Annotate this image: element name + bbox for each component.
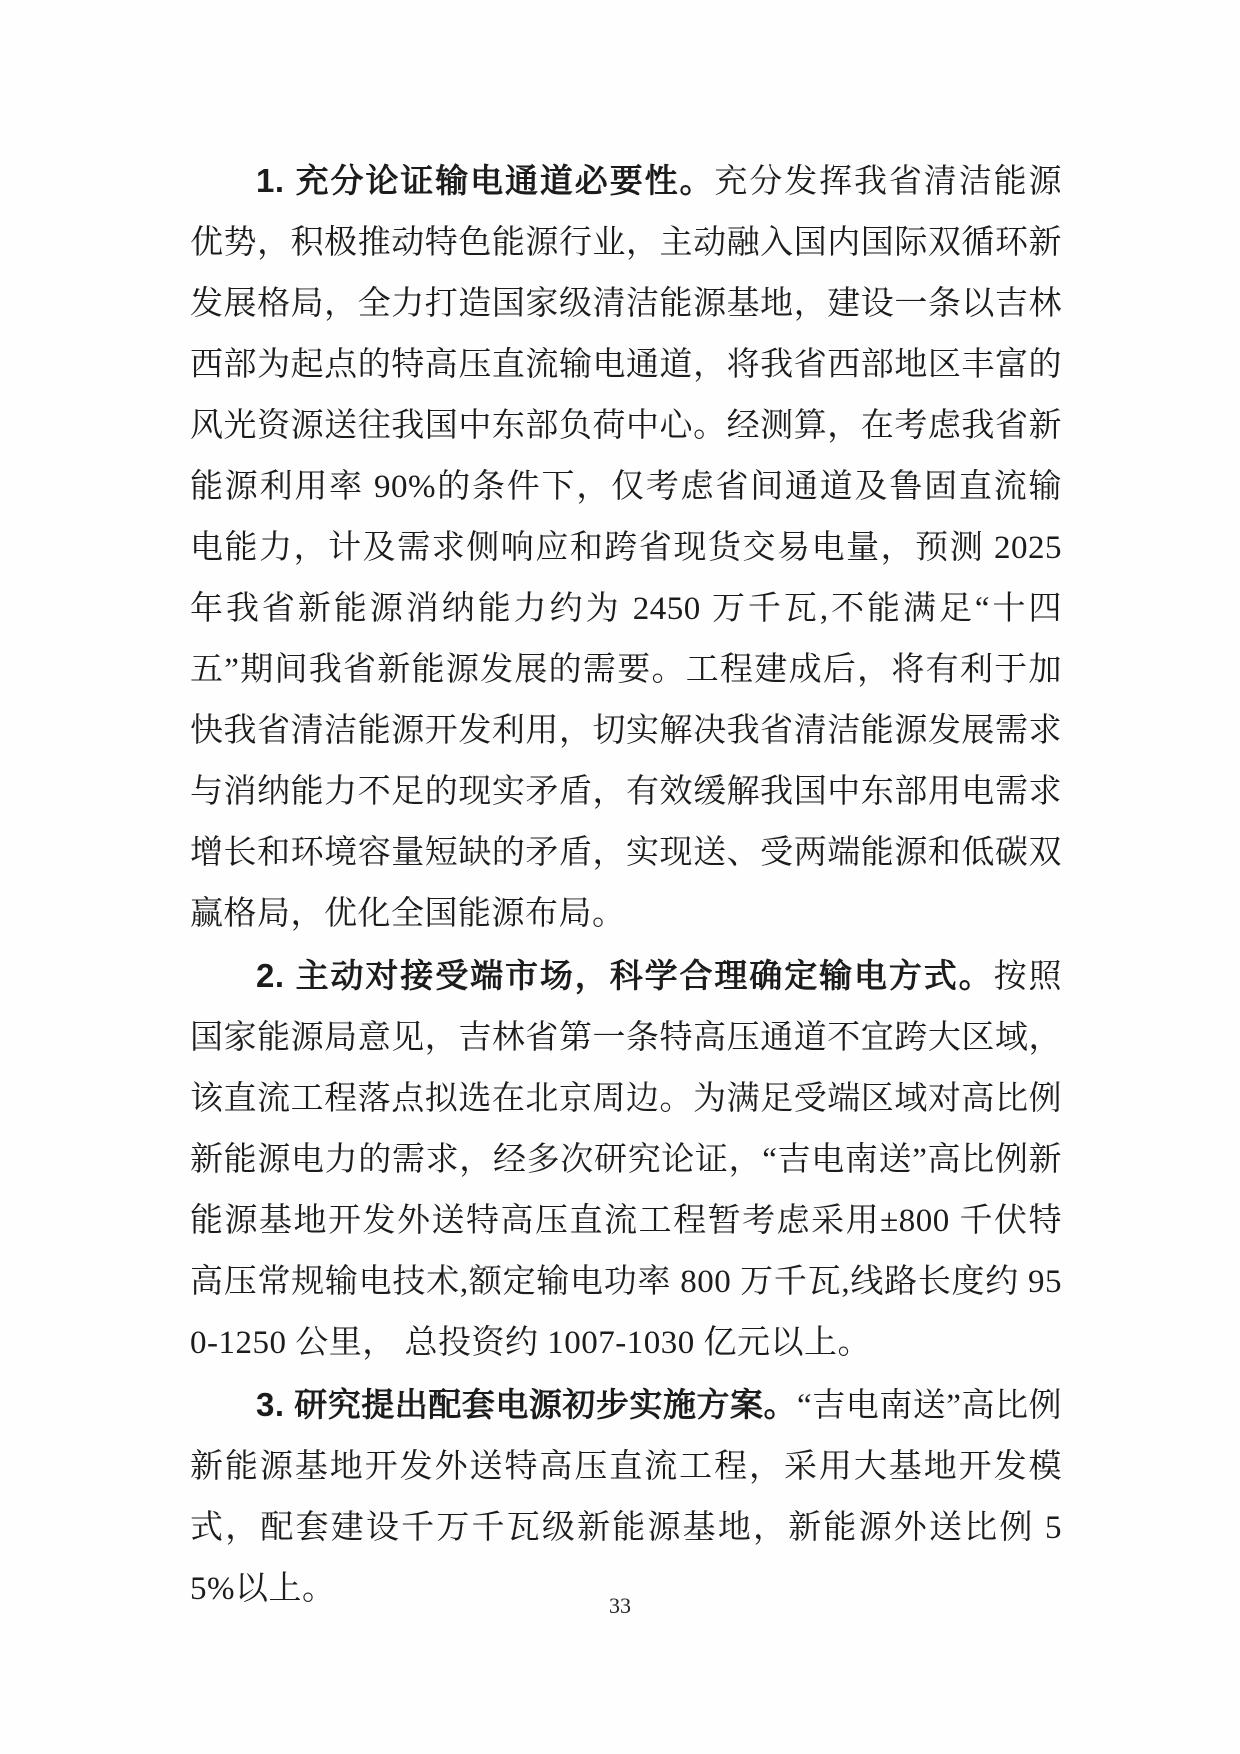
section-2-body: 按照国家能源局意见，吉林省第一条特高压通道不宜跨大区域，该直流工程落点拟选在北京… bbox=[190, 959, 1062, 1361]
section-1-body: 充分发挥我省清洁能源优势，积极推动特色能源行业，主动融入国内国际双循环新发展格局… bbox=[190, 164, 1062, 932]
section-2-heading: 2. 主动对接受端市场，科学合理确定输电方式。 bbox=[256, 957, 994, 994]
paragraph-2: 2. 主动对接受端市场，科学合理确定输电方式。按照国家能源局意见，吉林省第一条特… bbox=[190, 945, 1062, 1374]
document-page: 1. 充分论证输电通道必要性。充分发挥我省清洁能源优势，积极推动特色能源行业，主… bbox=[0, 0, 1240, 1754]
document-body: 1. 充分论证输电通道必要性。充分发挥我省清洁能源优势，积极推动特色能源行业，主… bbox=[190, 150, 1062, 1620]
paragraph-1: 1. 充分论证输电通道必要性。充分发挥我省清洁能源优势，积极推动特色能源行业，主… bbox=[190, 150, 1062, 945]
section-1-heading: 1. 充分论证输电通道必要性。 bbox=[256, 162, 714, 199]
page-number: 33 bbox=[0, 1593, 1240, 1619]
section-3-heading: 3. 研究提出配套电源初步实施方案。 bbox=[256, 1386, 797, 1423]
paragraph-3: 3. 研究提出配套电源初步实施方案。“吉电南送”高比例新能源基地开发外送特高压直… bbox=[190, 1374, 1062, 1620]
